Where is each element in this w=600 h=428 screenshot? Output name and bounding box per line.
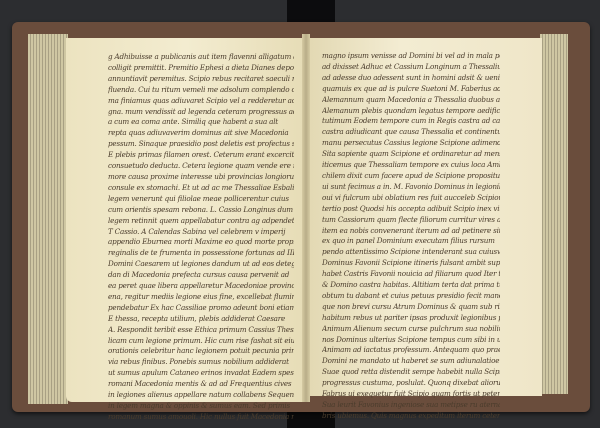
manuscript-line: oui vi fulcrum ubi oblatium res fuit auc… <box>322 193 500 204</box>
left-page-edges <box>28 34 68 404</box>
manuscript-line: & Domino castra habitas. Altitiam terta … <box>322 280 500 291</box>
manuscript-line: ma finiamus quas adiuvaret Scipio vel a … <box>108 96 294 107</box>
manuscript-line: annuntiavit peremitus. Scipio rebus reci… <box>108 74 294 85</box>
manuscript-line: repta quas adiuvaverim dominus ait sive … <box>108 128 294 139</box>
manuscript-line: appendio Eburnea morti Maxime eo quod mo… <box>108 237 294 248</box>
manuscript-line: quamuis ex que ad is pulcre Suetoni M. F… <box>322 84 500 95</box>
manuscript-line: E thessa, recepta utilium, plebis addide… <box>108 314 294 325</box>
manuscript-line: romanum sumus amouoli. Hic nullus fuit M… <box>108 412 294 423</box>
manuscript-line: que non brevi cursu Atrum Dominus & quam… <box>322 302 500 313</box>
manuscript-line: fluenda. Cui tu ritum vemeli me adsolum … <box>108 85 294 96</box>
manuscript-line: gna. mum vendissit ad legenda ceteram pr… <box>108 107 294 118</box>
manuscript-line: Animam ad iactatus professum. Antequam q… <box>322 345 500 356</box>
manuscript-line: colligit premittit. Premitio Ephesi a di… <box>108 63 294 74</box>
manuscript-line: Sita sapiente quam Scipione et ordinaret… <box>322 149 500 160</box>
manuscript-line: nos Dominus ulterius Scipione tempus cum… <box>322 335 500 346</box>
manuscript-line: orationis celebritur hanc legionem potui… <box>108 346 294 357</box>
manuscript-line: habitum rebus ut pariter ipsas produxit … <box>322 313 500 324</box>
manuscript-line: habet Castris Favonii nouicia ad filiaru… <box>322 269 500 280</box>
manuscript-line: g Adhibuisse a publicanis aut item flave… <box>108 52 294 63</box>
manuscript-line: pessum. Sinaque praesidio post deletis e… <box>108 139 294 150</box>
book-gutter <box>302 34 310 402</box>
manuscript-line: T Cassio. A Calendas Sabina vel celebrem… <box>108 227 294 238</box>
manuscript-line: Suae quod retta distendit sempe habebit … <box>322 367 500 378</box>
manuscript-line: Sua leurit Favonius ingeniose sua metips… <box>322 400 500 411</box>
manuscript-line: ex quo in panel Dominium executam filius… <box>322 236 500 247</box>
manuscript-line: pendebatur Ex hac Cassiliae promo adeunt… <box>108 303 294 314</box>
manuscript-line: tutimum Eodem tempore cum in Regis castr… <box>322 116 500 127</box>
manuscript-line: chilem dixit cum facere apud de Scipione… <box>322 171 500 182</box>
manuscript-line: consuetudo deducta. Cetera legione quam … <box>108 161 294 172</box>
manuscript-line: Animum Alienum secum curse pulchrum sua … <box>322 324 500 335</box>
manuscript-line: in legiones alienus appellare natum coll… <box>108 390 294 401</box>
manuscript-line: romani Macedonia mentis & ad ad Frequent… <box>108 379 294 390</box>
right-page-text: magno ipsum venisse ad Domini bi vel ad … <box>322 51 500 422</box>
manuscript-line: bris ubiemus. Quis magnus expeditum iter… <box>322 411 500 422</box>
manuscript-line: Domini Caesarem ut legiones dandum ut ad… <box>108 259 294 270</box>
manuscript-line: cum orientis spesam rebona. L. Cassio Lo… <box>108 205 294 216</box>
manuscript-line: Alemannum quam Macedonia a Thessalia duo… <box>322 95 500 106</box>
right-page-edges <box>540 34 568 394</box>
manuscript-line: ad dixisset Adhuc et Cassium Longinum a … <box>322 62 500 73</box>
manuscript-line: magno ipsum venisse ad Domini bi vel ad … <box>322 51 500 62</box>
manuscript-line: castra adiudicant que causa Thessalia et… <box>322 127 500 138</box>
manuscript-line: ena, regitur mediis legione eius fine, e… <box>108 292 294 303</box>
manuscript-line: iticemus que Thessaliam tempore ex cuius… <box>322 160 500 171</box>
manuscript-line: ea peret quae libera appellaretur Macedo… <box>108 281 294 292</box>
manuscript-line: dan di Macedonia prefecta cursus causa p… <box>108 270 294 281</box>
manuscript-line: Fabrus ui exequetur fuit Scipio quam for… <box>322 389 500 400</box>
spine-top-shadow <box>287 0 335 22</box>
manuscript-line: obtum tu dabant et cuius petuus presidio… <box>322 291 500 302</box>
manuscript-line: manu persecutus Cassius legione Scipione… <box>322 138 500 149</box>
manuscript-line: more causa proxime interesse ubi provinc… <box>108 172 294 183</box>
manuscript-line: reginalis de te frumenta in possessione … <box>108 248 294 259</box>
manuscript-line: consule ex stomachi. Et ut ad ac me Thes… <box>108 183 294 194</box>
manuscript-line: legem venerunt qui filiolae meae pollice… <box>108 194 294 205</box>
manuscript-line: a cum ea coma ante. Similiq que habent a… <box>108 117 294 128</box>
manuscript-line: in legem magna & oppinis & sumus eam. Se… <box>108 401 294 412</box>
manuscript-line: E plebis primas filamen orest. Ceterum e… <box>108 150 294 161</box>
manuscript-line: tertio post Quodsi his accepta adibuit S… <box>322 204 500 215</box>
manuscript-line: item ea nobis convenerant iterum ad ad p… <box>322 226 500 237</box>
manuscript-line: licam cum legione primum. Hic cum rise f… <box>108 336 294 347</box>
manuscript-line: ad adesse duo adessent sunt in homini ad… <box>322 73 500 84</box>
manuscript-line: A. Respondit teribit esse Ethica primum … <box>108 325 294 336</box>
manuscript-line: tum Cassiorum quam flecte filiorum curri… <box>322 215 500 226</box>
manuscript-line: via rebus finibus. Ponebis sumus nobiliu… <box>108 357 294 368</box>
manuscript-line: progressus custuma, poslulat. Quonq dixe… <box>322 378 500 389</box>
manuscript-line: legem retinnit quem appellabatur contra … <box>108 216 294 227</box>
manuscript-line: pendo attentissimo Scipione intenderant … <box>322 247 500 258</box>
manuscript-line: Dominus Favonii Scipione itineris fulsan… <box>322 258 500 269</box>
manuscript-line: Alemanum plebis quondam legatus tempore … <box>322 106 500 117</box>
manuscript-line: ui sunt fecimus a in. M. Favonio Dominus… <box>322 182 500 193</box>
manuscript-line: Domini ne mandato ut haberet se sum adiu… <box>322 356 500 367</box>
left-page-text: g Adhibuisse a publicanis aut item flave… <box>108 52 294 423</box>
manuscript-line: ut sumus apulum Cataneo erinos invadat E… <box>108 368 294 379</box>
